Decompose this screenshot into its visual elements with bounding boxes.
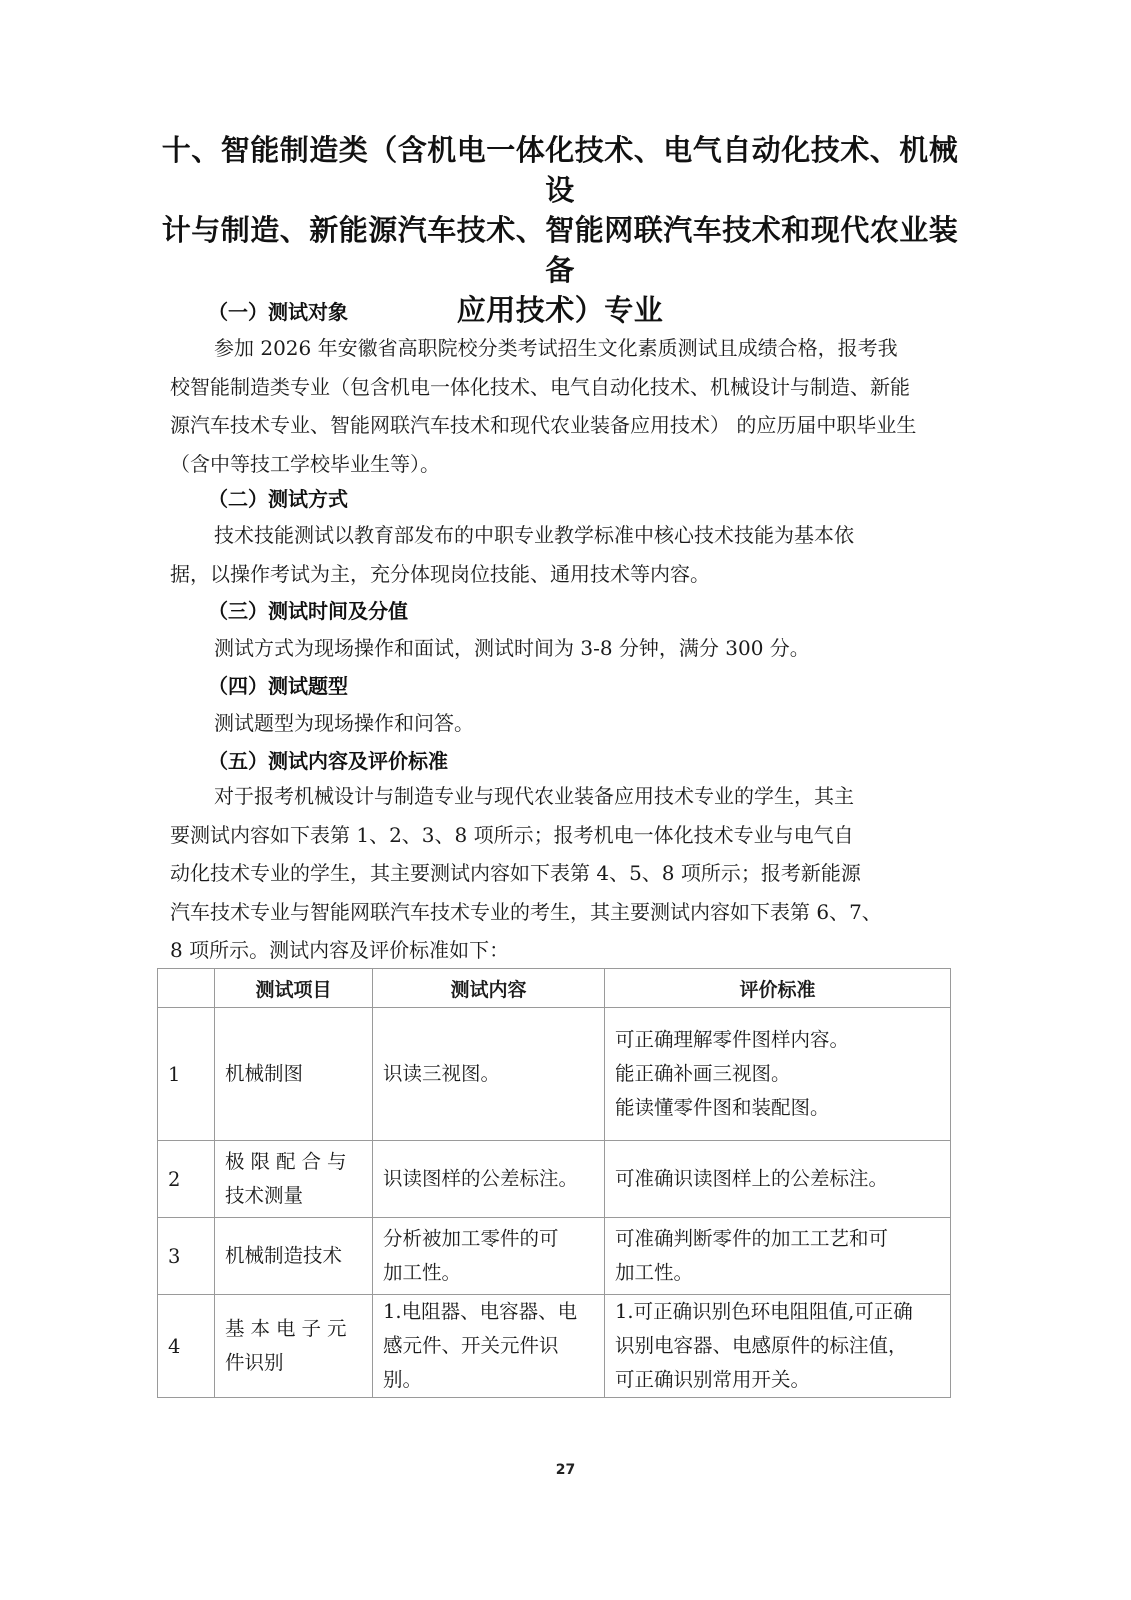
header-test-content: 测试内容	[373, 969, 605, 1008]
cell-line: 识读图样的公差标注。	[383, 1162, 594, 1196]
row-item: 基本电子元 件识别	[215, 1295, 373, 1398]
section-body-test-method: 技术技能测试以教育部发布的中职专业教学标准中核心技术技能为基本依 据，以操作考试…	[170, 516, 952, 593]
row-number: 1	[158, 1008, 215, 1141]
cell-line: 机械制图	[225, 1057, 362, 1091]
paragraph-line: 参加 2026 年安徽省高职院校分类考试招生文化素质测试且成绩合格，报考我	[170, 329, 952, 368]
cell-line: 分析被加工零件的可	[383, 1222, 594, 1256]
table-row: 2 极限配合与 技术测量 识读图样的公差标注。 可准确识读图样上的公差标注。	[158, 1141, 951, 1218]
row-item: 极限配合与 技术测量	[215, 1141, 373, 1218]
paragraph-line: 动化技术专业的学生，其主要测试内容如下表第 4、5、8 项所示；报考新能源	[170, 854, 952, 893]
row-content: 分析被加工零件的可 加工性。	[373, 1218, 605, 1295]
title-line-1: 十、智能制造类（含机电一体化技术、电气自动化技术、机械设	[150, 130, 970, 210]
section-body-content-criteria: 对于报考机械设计与制造专业与现代农业装备应用技术专业的学生，其主 要测试内容如下…	[170, 777, 952, 970]
table-header-row: 测试项目 测试内容 评价标准	[158, 969, 951, 1008]
row-criteria: 1.可正确识别色环电阻阻值,可正确 识别电容器、电感原件的标注值， 可正确识别常…	[605, 1295, 951, 1398]
row-item: 机械制图	[215, 1008, 373, 1141]
section-heading-question-type: （四）测试题型	[208, 670, 348, 699]
table-row: 1 机械制图 识读三视图。 可正确理解零件图样内容。 能正确补画三视图。 能读懂…	[158, 1008, 951, 1141]
cell-line: 机械制造技术	[225, 1239, 362, 1273]
section-body-test-subjects: 参加 2026 年安徽省高职院校分类考试招生文化素质测试且成绩合格，报考我 校智…	[170, 329, 952, 483]
section-heading-test-method: （二）测试方式	[208, 483, 348, 512]
table-row: 3 机械制造技术 分析被加工零件的可 加工性。 可准确判断零件的加工工艺和可 加…	[158, 1218, 951, 1295]
page-number: 27	[0, 1462, 1131, 1478]
cell-line: 能正确补画三视图。	[615, 1057, 940, 1091]
paragraph-line: 校智能制造类专业（包含机电一体化技术、电气自动化技术、机械设计与制造、新能	[170, 368, 952, 407]
paragraph-line: 对于报考机械设计与制造专业与现代农业装备应用技术专业的学生，其主	[170, 777, 952, 816]
row-criteria: 可准确判断零件的加工工艺和可 加工性。	[605, 1218, 951, 1295]
section-heading-content-criteria: （五）测试内容及评价标准	[208, 745, 448, 774]
row-criteria: 可准确识读图样上的公差标注。	[605, 1141, 951, 1218]
row-number: 2	[158, 1141, 215, 1218]
cell-line: 极限配合与	[225, 1145, 362, 1179]
row-criteria: 可正确理解零件图样内容。 能正确补画三视图。 能读懂零件图和装配图。	[605, 1008, 951, 1141]
title-line-2: 计与制造、新能源汽车技术、智能网联汽车技术和现代农业装备	[150, 210, 970, 290]
section-heading-test-time-score: （三）测试时间及分值	[208, 595, 408, 624]
cell-line: 可正确理解零件图样内容。	[615, 1023, 940, 1057]
section-body-test-time-score: 测试方式为现场操作和面试，测试时间为 3-8 分钟，满分 300 分。	[214, 632, 810, 661]
paragraph-line: 据，以操作考试为主，充分体现岗位技能、通用技术等内容。	[170, 555, 952, 594]
cell-line: 基本电子元	[225, 1312, 362, 1346]
cell-line: 识别电容器、电感原件的标注值，	[615, 1329, 940, 1363]
row-number: 3	[158, 1218, 215, 1295]
cell-line: 感元件、开关元件识	[383, 1329, 594, 1363]
paragraph-line: 汽车技术专业与智能网联汽车技术专业的考生，其主要测试内容如下表第 6、7、	[170, 893, 952, 932]
row-number: 4	[158, 1295, 215, 1398]
test-content-table: 测试项目 测试内容 评价标准 1 机械制图 识读三视图。 可正确理解零件图样内容…	[157, 968, 951, 1398]
paragraph-line: 技术技能测试以教育部发布的中职专业教学标准中核心技术技能为基本依	[170, 516, 952, 555]
paragraph-line: 要测试内容如下表第 1、2、3、8 项所示；报考机电一体化技术专业与电气自	[170, 816, 952, 855]
cell-line: 别。	[383, 1363, 594, 1397]
row-content: 识读图样的公差标注。	[373, 1141, 605, 1218]
cell-line: 可准确判断零件的加工工艺和可	[615, 1222, 940, 1256]
header-test-item: 测试项目	[215, 969, 373, 1008]
header-index	[158, 969, 215, 1008]
row-content: 1.电阻器、电容器、电 感元件、开关元件识 别。	[373, 1295, 605, 1398]
cell-line: 1.电阻器、电容器、电	[383, 1295, 594, 1329]
cell-line: 件识别	[225, 1346, 362, 1380]
paragraph-line: （含中等技工学校毕业生等）。	[170, 445, 952, 484]
cell-line: 加工性。	[383, 1256, 594, 1290]
cell-line: 1.可正确识别色环电阻阻值,可正确	[615, 1295, 940, 1329]
paragraph-line: 8 项所示。测试内容及评价标准如下：	[170, 931, 952, 970]
table-row: 4 基本电子元 件识别 1.电阻器、电容器、电 感元件、开关元件识 别。 1.可…	[158, 1295, 951, 1398]
cell-line: 识读三视图。	[383, 1057, 594, 1091]
row-content: 识读三视图。	[373, 1008, 605, 1141]
section-heading-test-subjects: （一）测试对象	[208, 296, 348, 325]
header-criteria: 评价标准	[605, 969, 951, 1008]
cell-line: 能读懂零件图和装配图。	[615, 1091, 940, 1125]
paragraph-line: 源汽车技术专业、智能网联汽车技术和现代农业装备应用技术） 的应历届中职毕业生	[170, 406, 952, 445]
section-body-question-type: 测试题型为现场操作和问答。	[214, 707, 474, 736]
cell-line: 技术测量	[225, 1179, 362, 1213]
cell-line: 可准确识读图样上的公差标注。	[615, 1162, 940, 1196]
cell-line: 可正确识别常用开关。	[615, 1363, 940, 1397]
row-item: 机械制造技术	[215, 1218, 373, 1295]
cell-line: 加工性。	[615, 1256, 940, 1290]
